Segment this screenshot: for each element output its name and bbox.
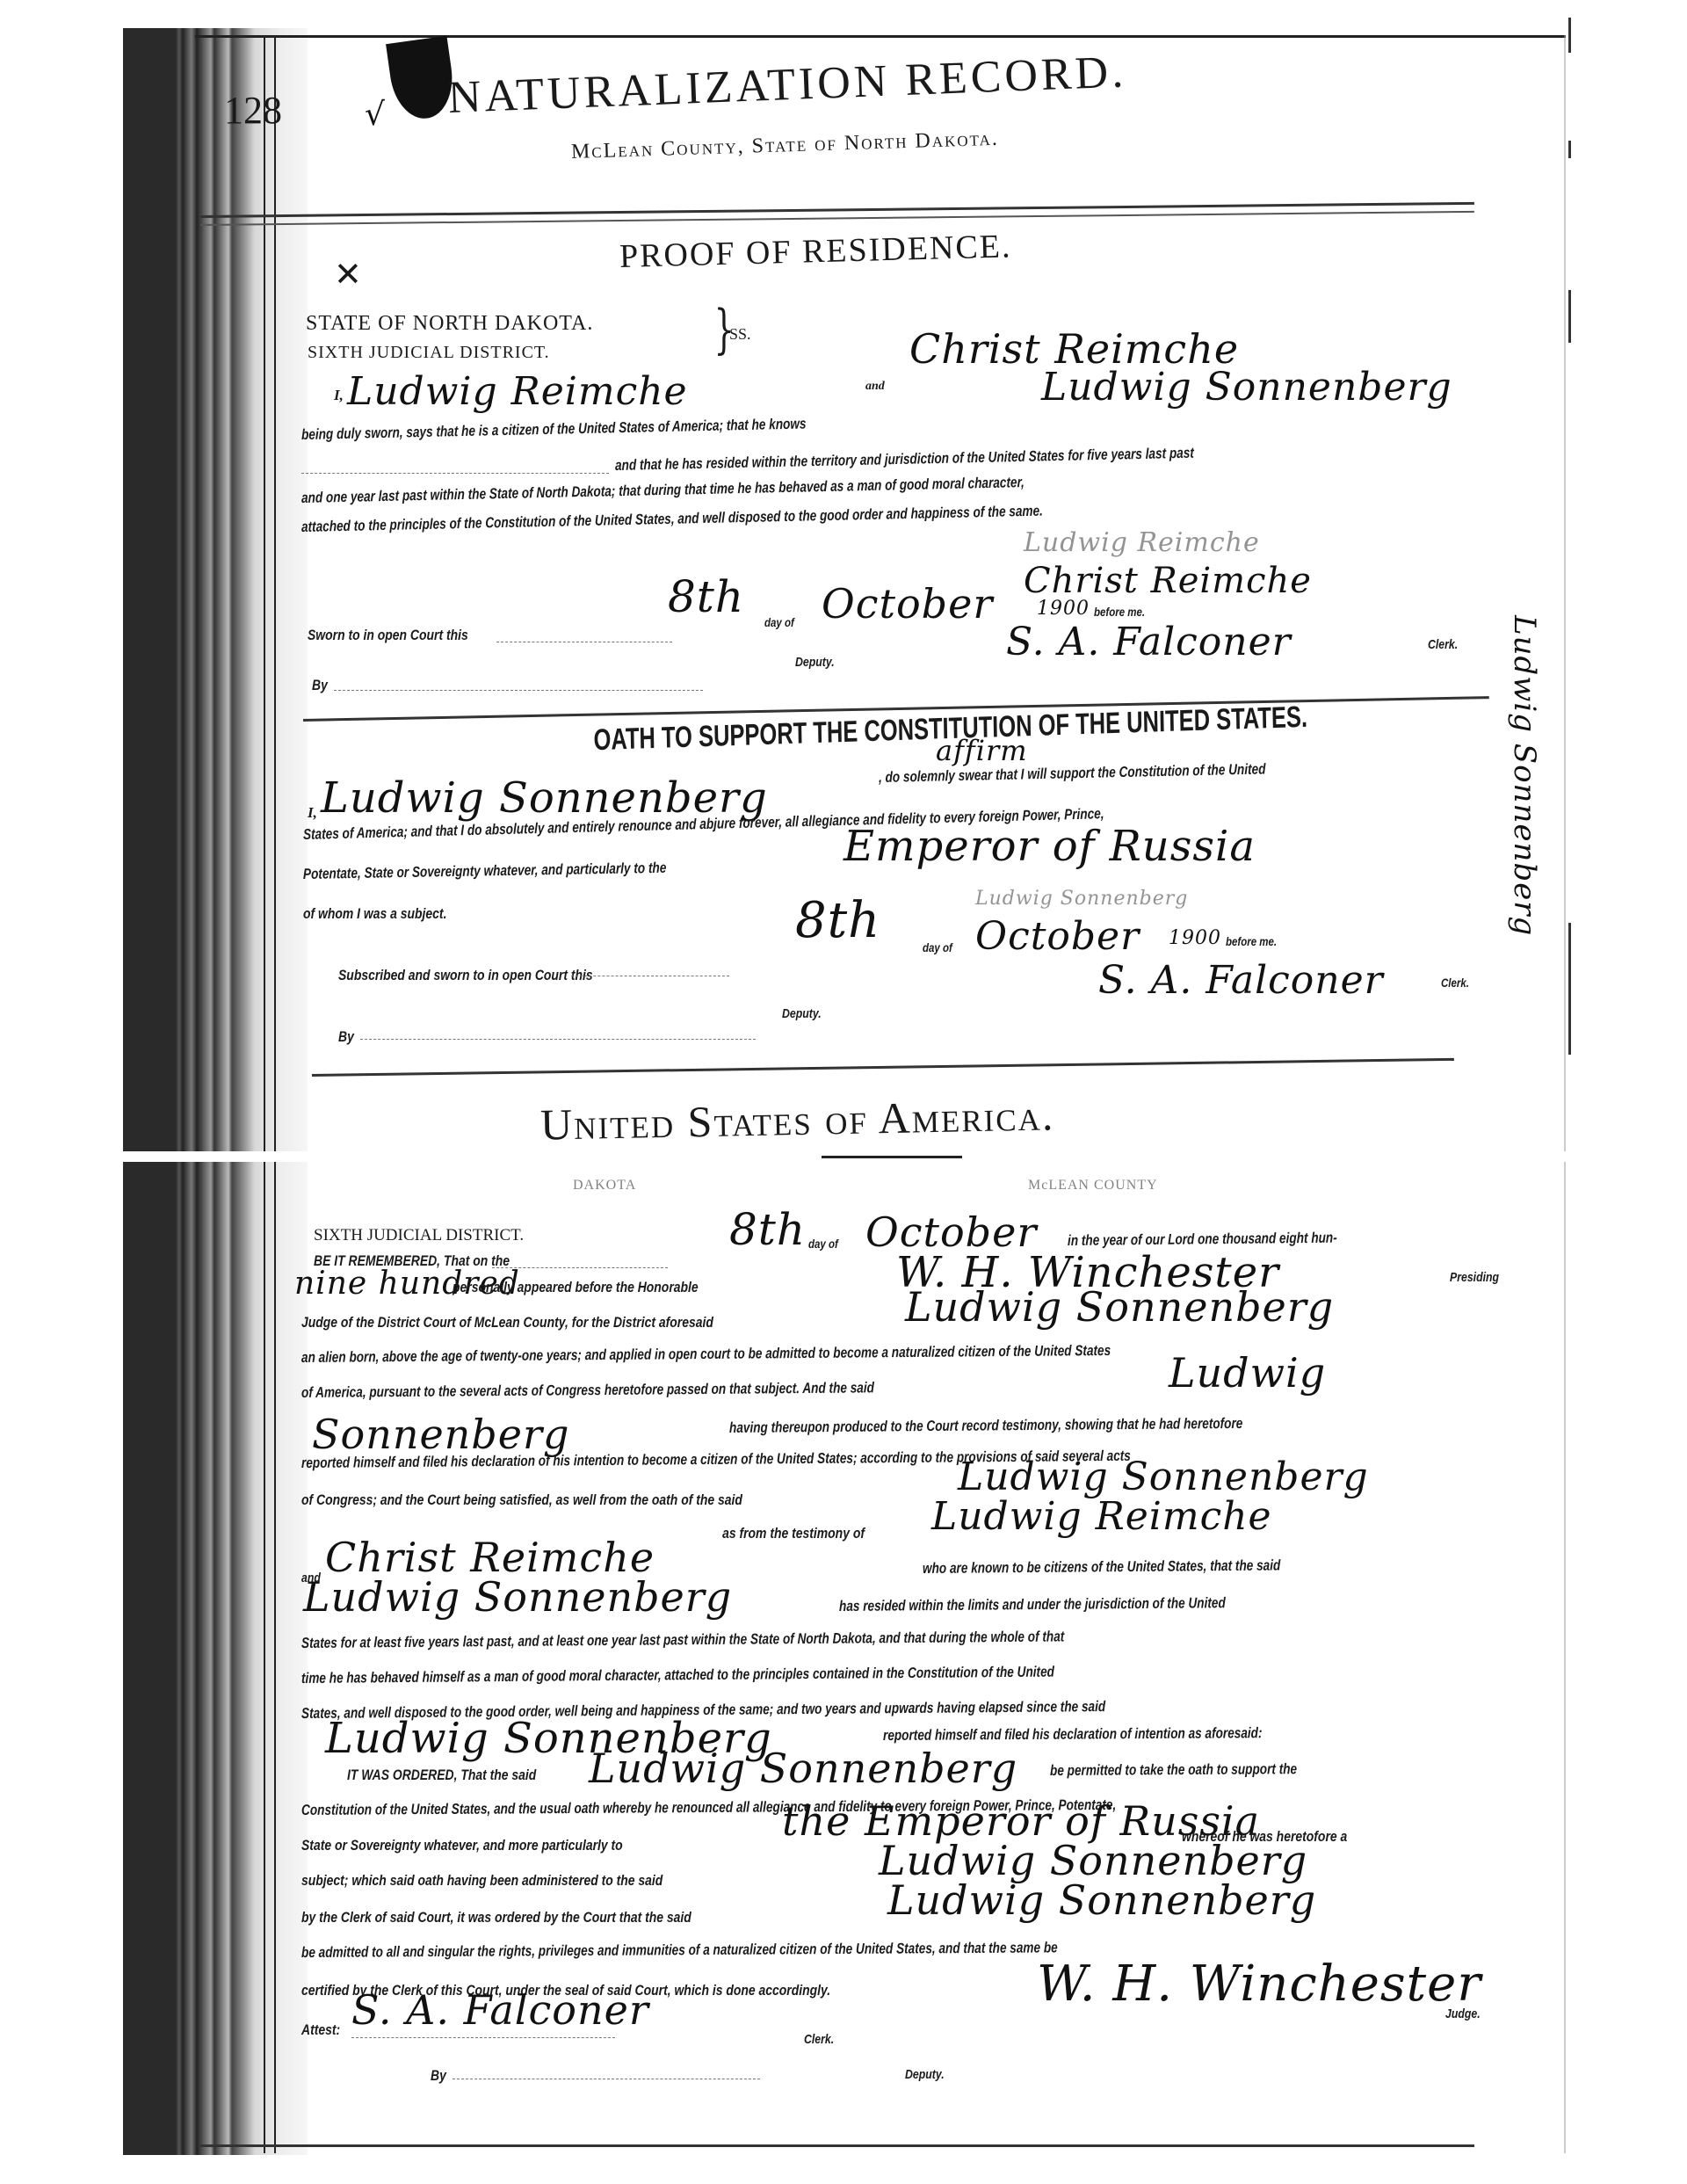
cert-line: who are known to be citizens of the Unit… xyxy=(923,1556,1280,1578)
witness-1-name: Ludwig Reimche xyxy=(931,1494,1272,1539)
district-label: SIXTH JUDICIAL DISTRICT. xyxy=(314,1226,524,1245)
right-edge-rule xyxy=(1564,35,1566,2153)
district-label: SIXTH JUDICIAL DISTRICT. xyxy=(308,343,550,363)
blank-line xyxy=(453,2079,760,2079)
before-me-label: before me. xyxy=(1226,934,1277,948)
by-label: By xyxy=(431,2067,446,2085)
bottom-rule xyxy=(200,2144,1474,2147)
by-label: By xyxy=(338,1028,354,1046)
affirm-handwritten: affirm xyxy=(936,734,1028,767)
sworn-month: October xyxy=(822,580,993,628)
cert-line: has resided within the limits and under … xyxy=(839,1594,1226,1615)
certificate-heading: United States of America. xyxy=(539,1089,1054,1150)
cert-line: Presiding xyxy=(1450,1270,1499,1285)
judge-label: Judge. xyxy=(1445,2006,1481,2021)
heading-underline xyxy=(822,1156,962,1158)
witness-prefix: I, xyxy=(334,387,344,404)
blank-line xyxy=(571,976,729,976)
clerk-signature: S. A. Falconer xyxy=(1006,620,1292,664)
cert-line: subject; which said oath having been adm… xyxy=(301,1872,662,1890)
county-partial: McLEAN COUNTY xyxy=(1028,1178,1158,1194)
applicant-name: Ludwig Sonnenberg xyxy=(589,1745,1017,1792)
margin-tick xyxy=(1568,18,1571,53)
blank-line xyxy=(351,2037,615,2038)
applicant-first-name: Ludwig xyxy=(1169,1349,1326,1397)
oath-month: October xyxy=(975,914,1140,959)
applicant-name: Ludwig Sonnenberg xyxy=(958,1455,1369,1499)
sworn-day: 8th xyxy=(668,571,744,622)
day-of-label: day of xyxy=(808,1237,838,1251)
clerk-label: Clerk. xyxy=(1428,637,1458,652)
witness-2-signature: Christ Reimche xyxy=(1024,561,1312,601)
state-label: STATE OF NORTH DAKOTA. xyxy=(306,312,593,336)
renounced-sovereign: Emperor of Russia xyxy=(843,822,1256,871)
oath-year: 1900 xyxy=(1169,927,1221,949)
applicant-name: Ludwig Sonnenberg xyxy=(1041,365,1452,410)
before-me-label: before me. xyxy=(1094,605,1145,619)
judge-signature: W. H. Winchester xyxy=(1037,1955,1481,2013)
margin-tick xyxy=(1568,141,1571,158)
cert-line: Judge of the District Court of McLean Co… xyxy=(301,1314,713,1331)
cert-line: by the Clerk of said Court, it was order… xyxy=(301,1909,691,1926)
margin-rule xyxy=(200,44,202,2144)
cert-day: 8th xyxy=(729,1204,806,1255)
blank-line xyxy=(360,1039,756,1040)
margin-signature: Ludwig Sonnenberg xyxy=(1507,615,1542,936)
cert-line: State or Sovereignty whatever, and more … xyxy=(301,1837,623,1854)
deputy-label: Deputy. xyxy=(782,1006,822,1021)
oath-prefix: I, xyxy=(308,804,317,822)
applicant-surname: Sonnenberg xyxy=(312,1411,569,1458)
cert-line: be permitted to take the oath to support… xyxy=(1050,1760,1297,1780)
day-of-label: day of xyxy=(923,940,952,954)
applicant-name: Ludwig Sonnenberg xyxy=(303,1573,732,1621)
sworn-label: Sworn to in open Court this xyxy=(308,627,468,644)
attest-label: Attest: xyxy=(301,2021,340,2039)
applicant-name: Ludwig Sonnenberg xyxy=(905,1283,1334,1331)
attest-clerk-signature: S. A. Falconer xyxy=(351,1986,649,2034)
cert-line: IT WAS ORDERED, That the said xyxy=(347,1767,536,1784)
blank-line xyxy=(334,690,703,691)
cert-line: personally appeared before the Honorable xyxy=(453,1279,699,1296)
cert-line: of Congress; and the Court being satisfi… xyxy=(301,1491,742,1509)
page-number: 128 xyxy=(224,88,282,133)
deputy-label: Deputy. xyxy=(905,2067,945,2082)
oath-day: 8th xyxy=(795,892,880,949)
day-of-label: day of xyxy=(764,615,794,629)
applicant-name: Ludwig Sonnenberg xyxy=(887,1876,1316,1924)
margin-tick xyxy=(1568,290,1571,343)
margin-tick xyxy=(1568,923,1571,1055)
deputy-label: Deputy. xyxy=(795,655,835,670)
and-label: and xyxy=(865,380,885,394)
blank-line xyxy=(496,642,672,642)
oath-line: of whom I was a subject. xyxy=(303,905,446,923)
sworn-year: 1900 xyxy=(1037,598,1090,620)
x-mark-icon: ✕ xyxy=(334,255,362,294)
blank-line xyxy=(301,473,609,474)
state-partial: DAKOTA xyxy=(573,1178,636,1194)
faint-signature: Ludwig Sonnenberg xyxy=(975,888,1188,910)
check-mark-icon: √ xyxy=(365,97,386,133)
cert-line: in the year of our Lord one thousand eig… xyxy=(1068,1230,1337,1250)
clerk-label: Clerk. xyxy=(804,2032,834,2047)
oath-clerk-signature: S. A. Falconer xyxy=(1098,958,1384,1003)
by-label: By xyxy=(312,677,328,694)
margin-rule xyxy=(274,35,276,2153)
witness-1-signature: Ludwig Reimche xyxy=(1024,527,1260,558)
witness-1-name: Ludwig Reimche xyxy=(347,369,688,414)
clerk-label: Clerk. xyxy=(1441,976,1469,990)
subscribed-label: Subscribed and sworn to in open Court th… xyxy=(338,967,593,984)
margin-rule xyxy=(264,35,265,2153)
ss-label: SS. xyxy=(729,325,751,344)
cert-line: reported himself and filed his declarati… xyxy=(883,1724,1263,1745)
